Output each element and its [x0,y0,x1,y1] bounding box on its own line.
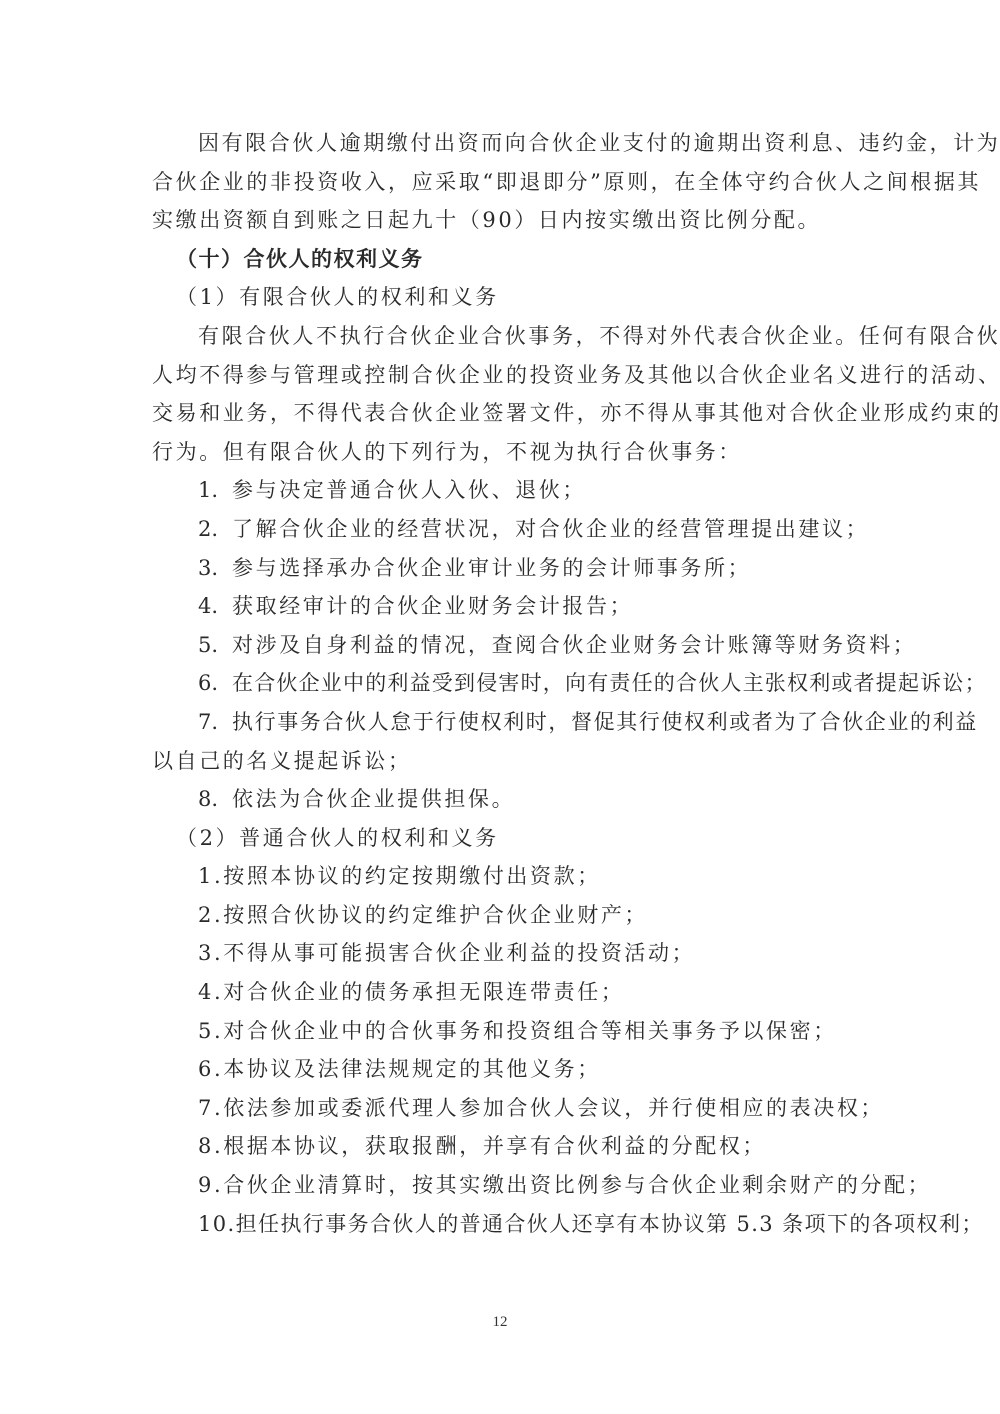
item-text: 对涉及自身利益的情况，查阅合伙企业财务会计账簿等财务资料； [232,633,916,657]
item-number: 6. [198,664,232,703]
general-partner-item: 6.本协议及法律法规规定的其他义务； [152,1050,888,1089]
general-partner-item: 7.依法参加或委派代理人参加合伙人会议，并行使相应的表决权； [152,1089,888,1128]
item-number: 1. [198,471,232,510]
item-text: 执行事务合伙人怠于行使权利时，督促其行使权利或者为了合伙企业的利益 [232,710,978,734]
limited-partner-paragraph-line: 行为。但有限合伙人的下列行为，不视为执行合伙事务： [152,433,888,472]
item-text: 参与决定普通合伙人入伙、退伙； [232,478,586,502]
general-partner-item: 4.对合伙企业的债务承担无限连带责任； [152,973,888,1012]
page-number: 12 [0,1314,1000,1331]
limited-partner-item: 4.获取经审计的合伙企业财务会计报告； [152,587,888,626]
item-number: 4. [198,587,232,626]
general-partner-item: 9.合伙企业清算时，按其实缴出资比例参与合伙企业剩余财产的分配； [152,1166,888,1205]
general-partner-item: 2.按照合伙协议的约定维护合伙企业财产； [152,896,888,935]
item-text: 依法为合伙企业提供担保。 [232,787,515,811]
item-number: 7. [198,703,232,742]
limited-partner-subheading: （1）有限合伙人的权利和义务 [152,278,888,317]
intro-paragraph-line: 合伙企业的非投资收入，应采取“即退即分”原则，在全体守约合伙人之间根据其 [152,163,888,202]
item-text: 在合伙企业中的利益受到侵害时，向有责任的合伙人主张权利或者提起诉讼； [232,671,987,695]
general-partner-item: 10.担任执行事务合伙人的普通合伙人还享有本协议第 5.3 条项下的各项权利； [152,1205,888,1244]
section-heading: （十）合伙人的权利义务 [152,240,888,279]
document-page: 因有限合伙人逾期缴付出资而向合伙企业支付的逾期出资利息、违约金，计为 合伙企业的… [152,124,888,1243]
item-text: 参与选择承办合伙企业审计业务的会计师事务所； [232,556,751,580]
limited-partner-item: 6.在合伙企业中的利益受到侵害时，向有责任的合伙人主张权利或者提起诉讼； [152,664,888,703]
general-partner-item: 5.对合伙企业中的合伙事务和投资组合等相关事务予以保密； [152,1012,888,1051]
item-number: 3. [198,549,232,588]
general-partner-item: 8.根据本协议，获取报酬，并享有合伙利益的分配权； [152,1127,888,1166]
general-partner-subheading: （2）普通合伙人的权利和义务 [152,819,888,858]
limited-partner-item: 5.对涉及自身利益的情况，查阅合伙企业财务会计账簿等财务资料； [152,626,888,665]
limited-partner-item: 2.了解合伙企业的经营状况，对合伙企业的经营管理提出建议； [152,510,888,549]
intro-paragraph-line: 实缴出资额自到账之日起九十（90）日内按实缴出资比例分配。 [152,201,888,240]
limited-partner-item: 8.依法为合伙企业提供担保。 [152,780,888,819]
limited-partner-paragraph-line: 交易和业务，不得代表合伙企业签署文件，亦不得从事其他对合伙企业形成约束的 [152,394,888,433]
general-partner-item: 1.按照本协议的约定按期缴付出资款； [152,857,888,896]
general-partner-item: 3.不得从事可能损害合伙企业利益的投资活动； [152,934,888,973]
limited-partner-item-continuation: 以自己的名义提起诉讼； [152,742,888,781]
limited-partner-paragraph-line: 有限合伙人不执行合伙企业合伙事务，不得对外代表合伙企业。任何有限合伙 [152,317,888,356]
item-text: 获取经审计的合伙企业财务会计报告； [232,594,633,618]
limited-partner-item: 1.参与决定普通合伙人入伙、退伙； [152,471,888,510]
item-text: 了解合伙企业的经营状况，对合伙企业的经营管理提出建议； [232,517,869,541]
item-number: 5. [198,626,232,665]
limited-partner-item: 7.执行事务合伙人怠于行使权利时，督促其行使权利或者为了合伙企业的利益 [152,703,888,742]
item-number: 8. [198,780,232,819]
item-number: 2. [198,510,232,549]
limited-partner-paragraph-line: 人均不得参与管理或控制合伙企业的投资业务及其他以合伙企业名义进行的活动、 [152,356,888,395]
intro-paragraph-line: 因有限合伙人逾期缴付出资而向合伙企业支付的逾期出资利息、违约金，计为 [152,124,888,163]
limited-partner-item: 3.参与选择承办合伙企业审计业务的会计师事务所； [152,549,888,588]
